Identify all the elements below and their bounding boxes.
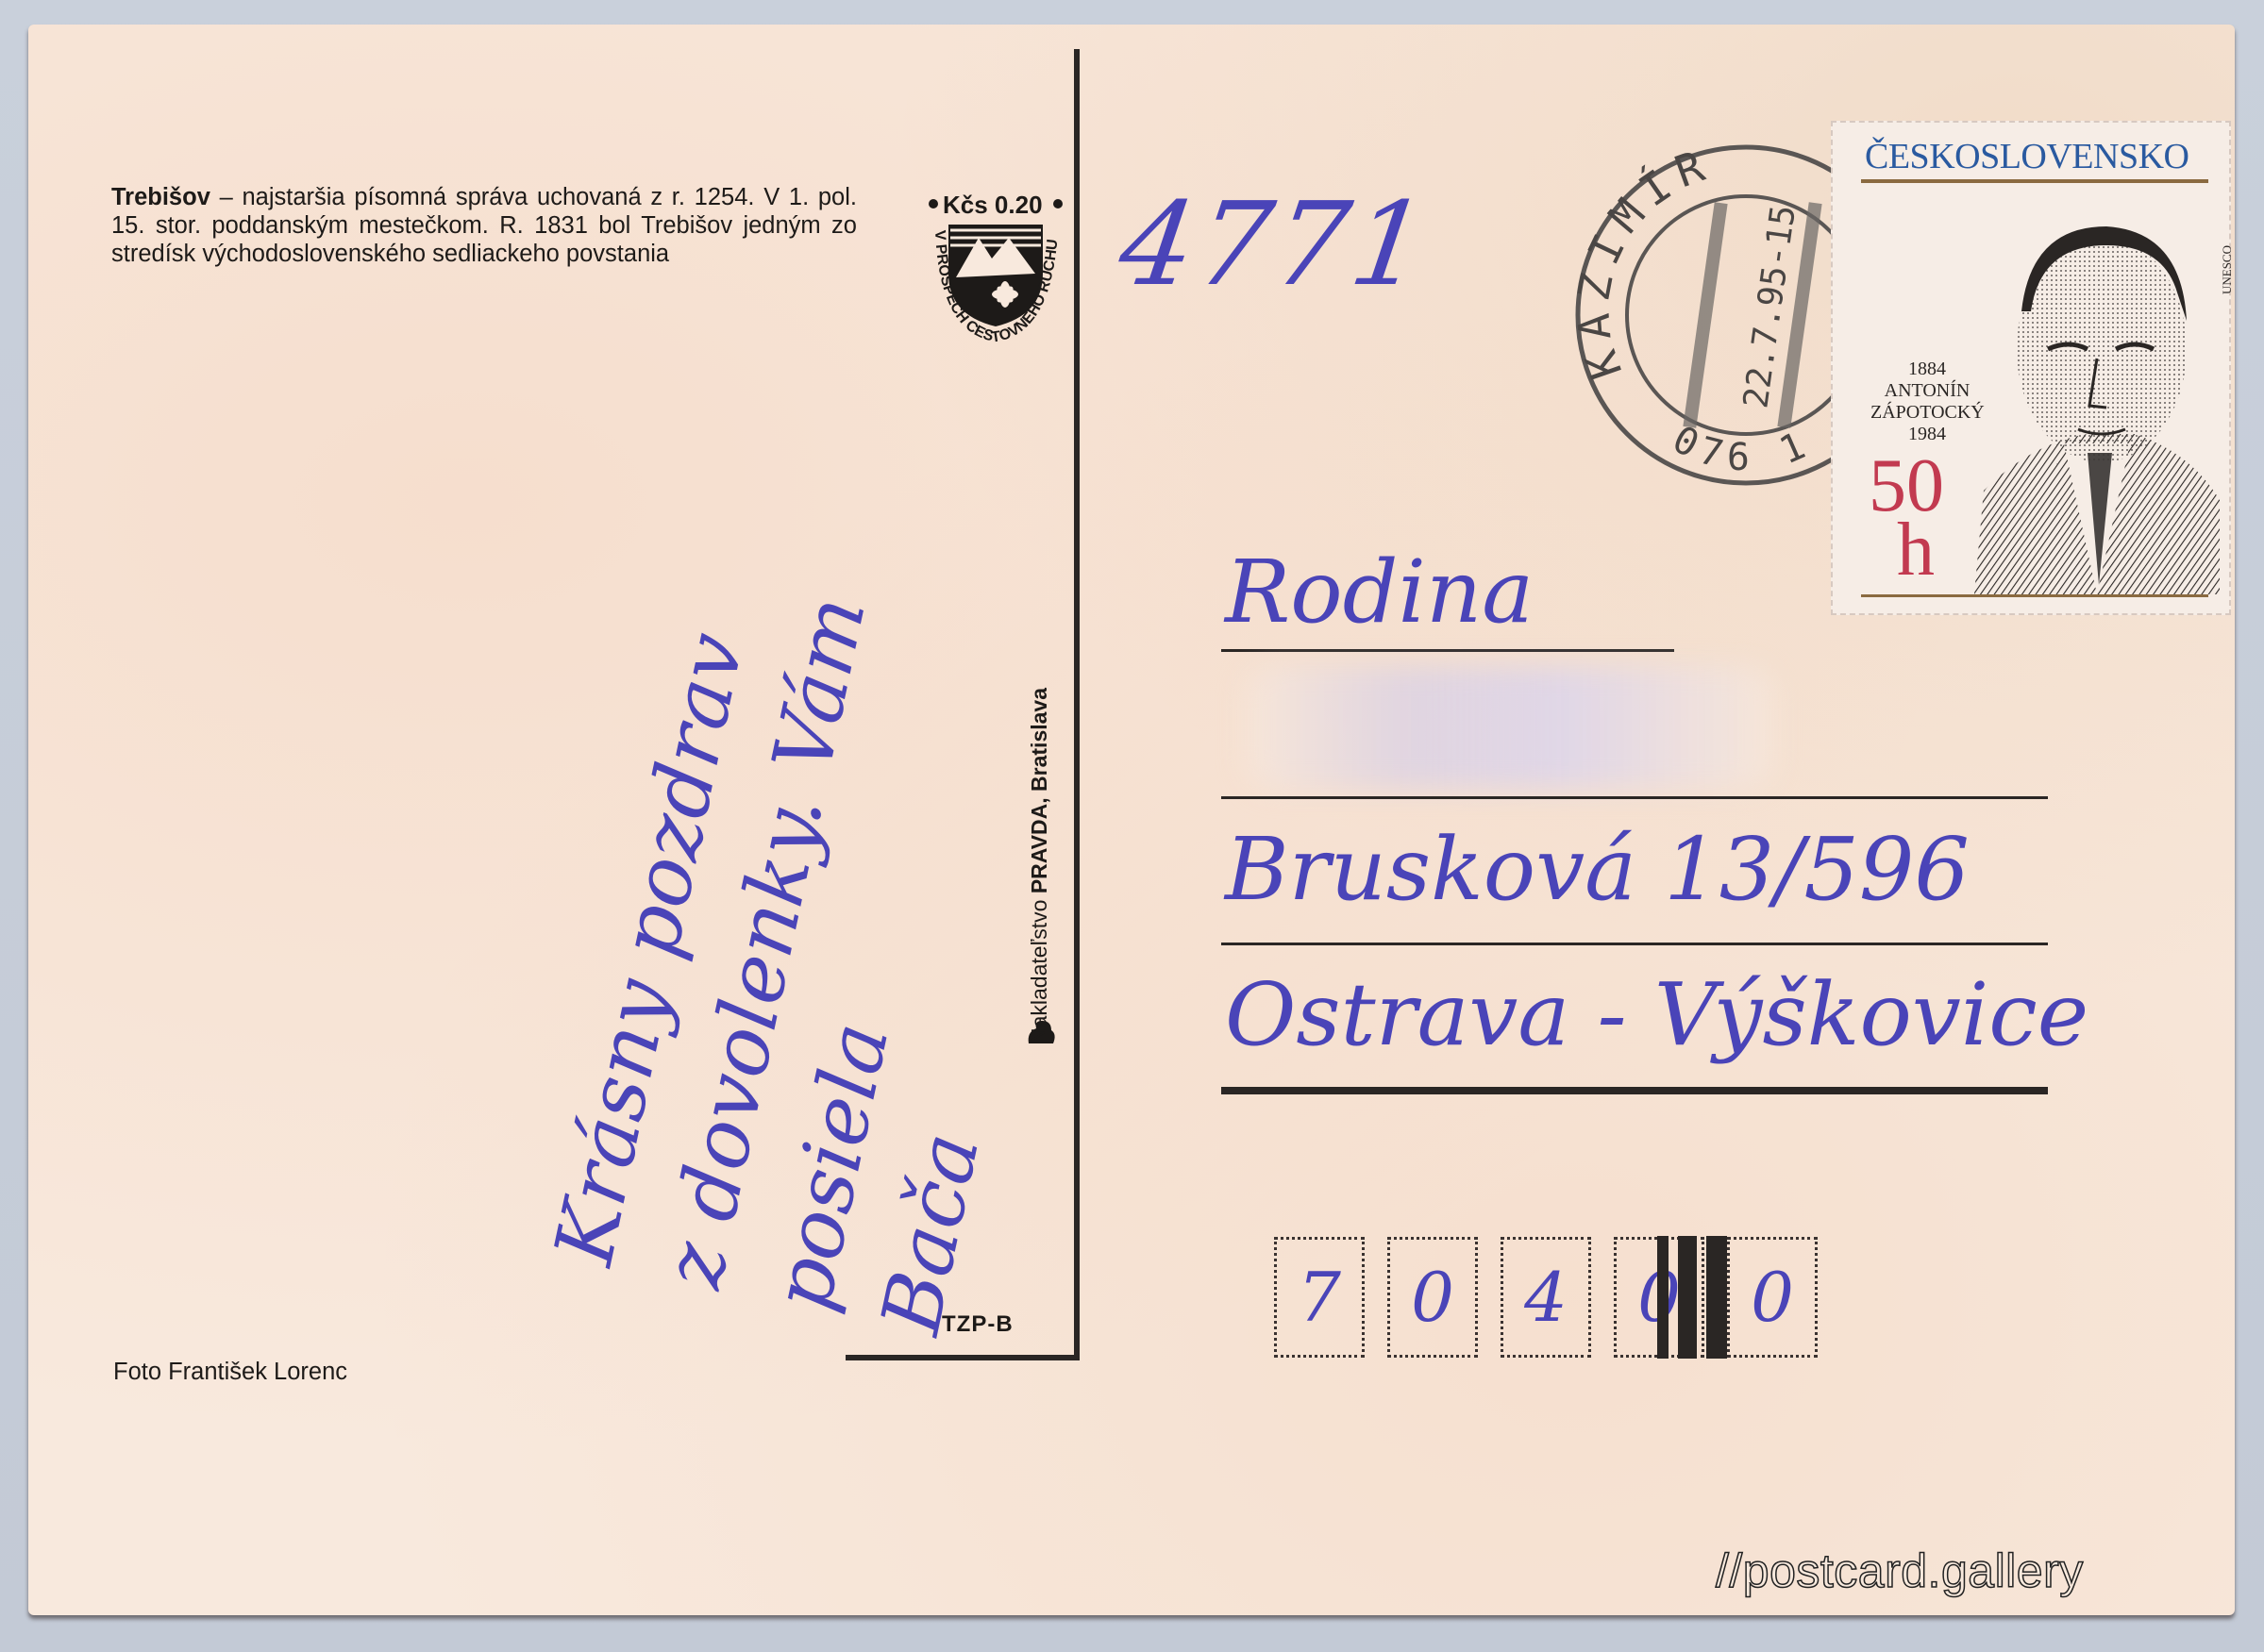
postal-code-digit: 0 <box>1387 1237 1478 1358</box>
bottom-divider <box>846 1355 1080 1360</box>
watermark: //postcard.gallery <box>1716 1544 2084 1598</box>
sorting-bar <box>1657 1236 1669 1359</box>
address-line-1 <box>1221 649 1674 652</box>
place-name: Trebišov <box>111 184 210 210</box>
recipient-street: Brusková 13/596 <box>1225 819 1970 920</box>
postcard: Trebišov – najstaršia písomná správa uch… <box>28 25 2235 1615</box>
stamp-country: ČESKOSLOVENSKO <box>1865 136 2189 177</box>
photo-credit: Foto František Lorenc <box>113 1359 347 1386</box>
postal-code-boxes: 7 0 4 0 0 <box>1274 1237 1859 1369</box>
stamp-caption: 1884 ANTONÍN ZÁPOTOCKÝ 1984 <box>1870 359 1984 445</box>
stamp-imprint: UNESCO <box>2220 245 2235 294</box>
stamp-anniversary-year: 1984 <box>1870 424 1984 445</box>
address-line-4 <box>1221 1087 2048 1094</box>
postage-stamp: ČESKOSLOVENSKO UNESCO 1884 ANTONÍN <box>1831 121 2231 615</box>
postal-code-digit: 0 <box>1727 1237 1818 1358</box>
portrait-icon <box>1974 208 2220 594</box>
recipient-city: Ostrava - Výškovice <box>1225 964 2088 1065</box>
emblem-price: Kčs 0.20 <box>943 191 1043 220</box>
stamp-unit: h <box>1897 517 1935 583</box>
redacted-surname <box>1246 666 1774 789</box>
reference-number: 4771 <box>1112 177 1438 311</box>
sorting-bar <box>1678 1236 1697 1359</box>
place-history: – najstaršia písomná správa uchovaná z r… <box>111 184 857 267</box>
postal-code-digit: 4 <box>1501 1237 1591 1358</box>
stamp-birth-year: 1884 <box>1870 359 1984 380</box>
sorting-bars <box>1657 1236 1727 1359</box>
handwritten-message: Krásny pozdrav z dovolenky. Vám posiela … <box>528 564 1110 1343</box>
place-description: Trebišov – najstaršia písomná správa uch… <box>111 183 857 268</box>
sorting-bar <box>1706 1236 1727 1359</box>
stamp-rule-bottom <box>1861 594 2208 597</box>
address-line-2 <box>1221 796 2048 799</box>
stamp-name-first: ANTONÍN <box>1870 380 1984 402</box>
postal-code-digit: 7 <box>1274 1237 1365 1358</box>
tourism-emblem: Kčs 0.20 V PROSPECH CESTOVNÉHO RUCHU <box>911 183 1081 353</box>
stamp-rule <box>1861 179 2208 183</box>
address-line-3 <box>1221 943 2048 945</box>
recipient-name: Rodina <box>1225 542 1534 642</box>
stamp-name-last: ZÁPOTOCKÝ <box>1870 402 1984 424</box>
